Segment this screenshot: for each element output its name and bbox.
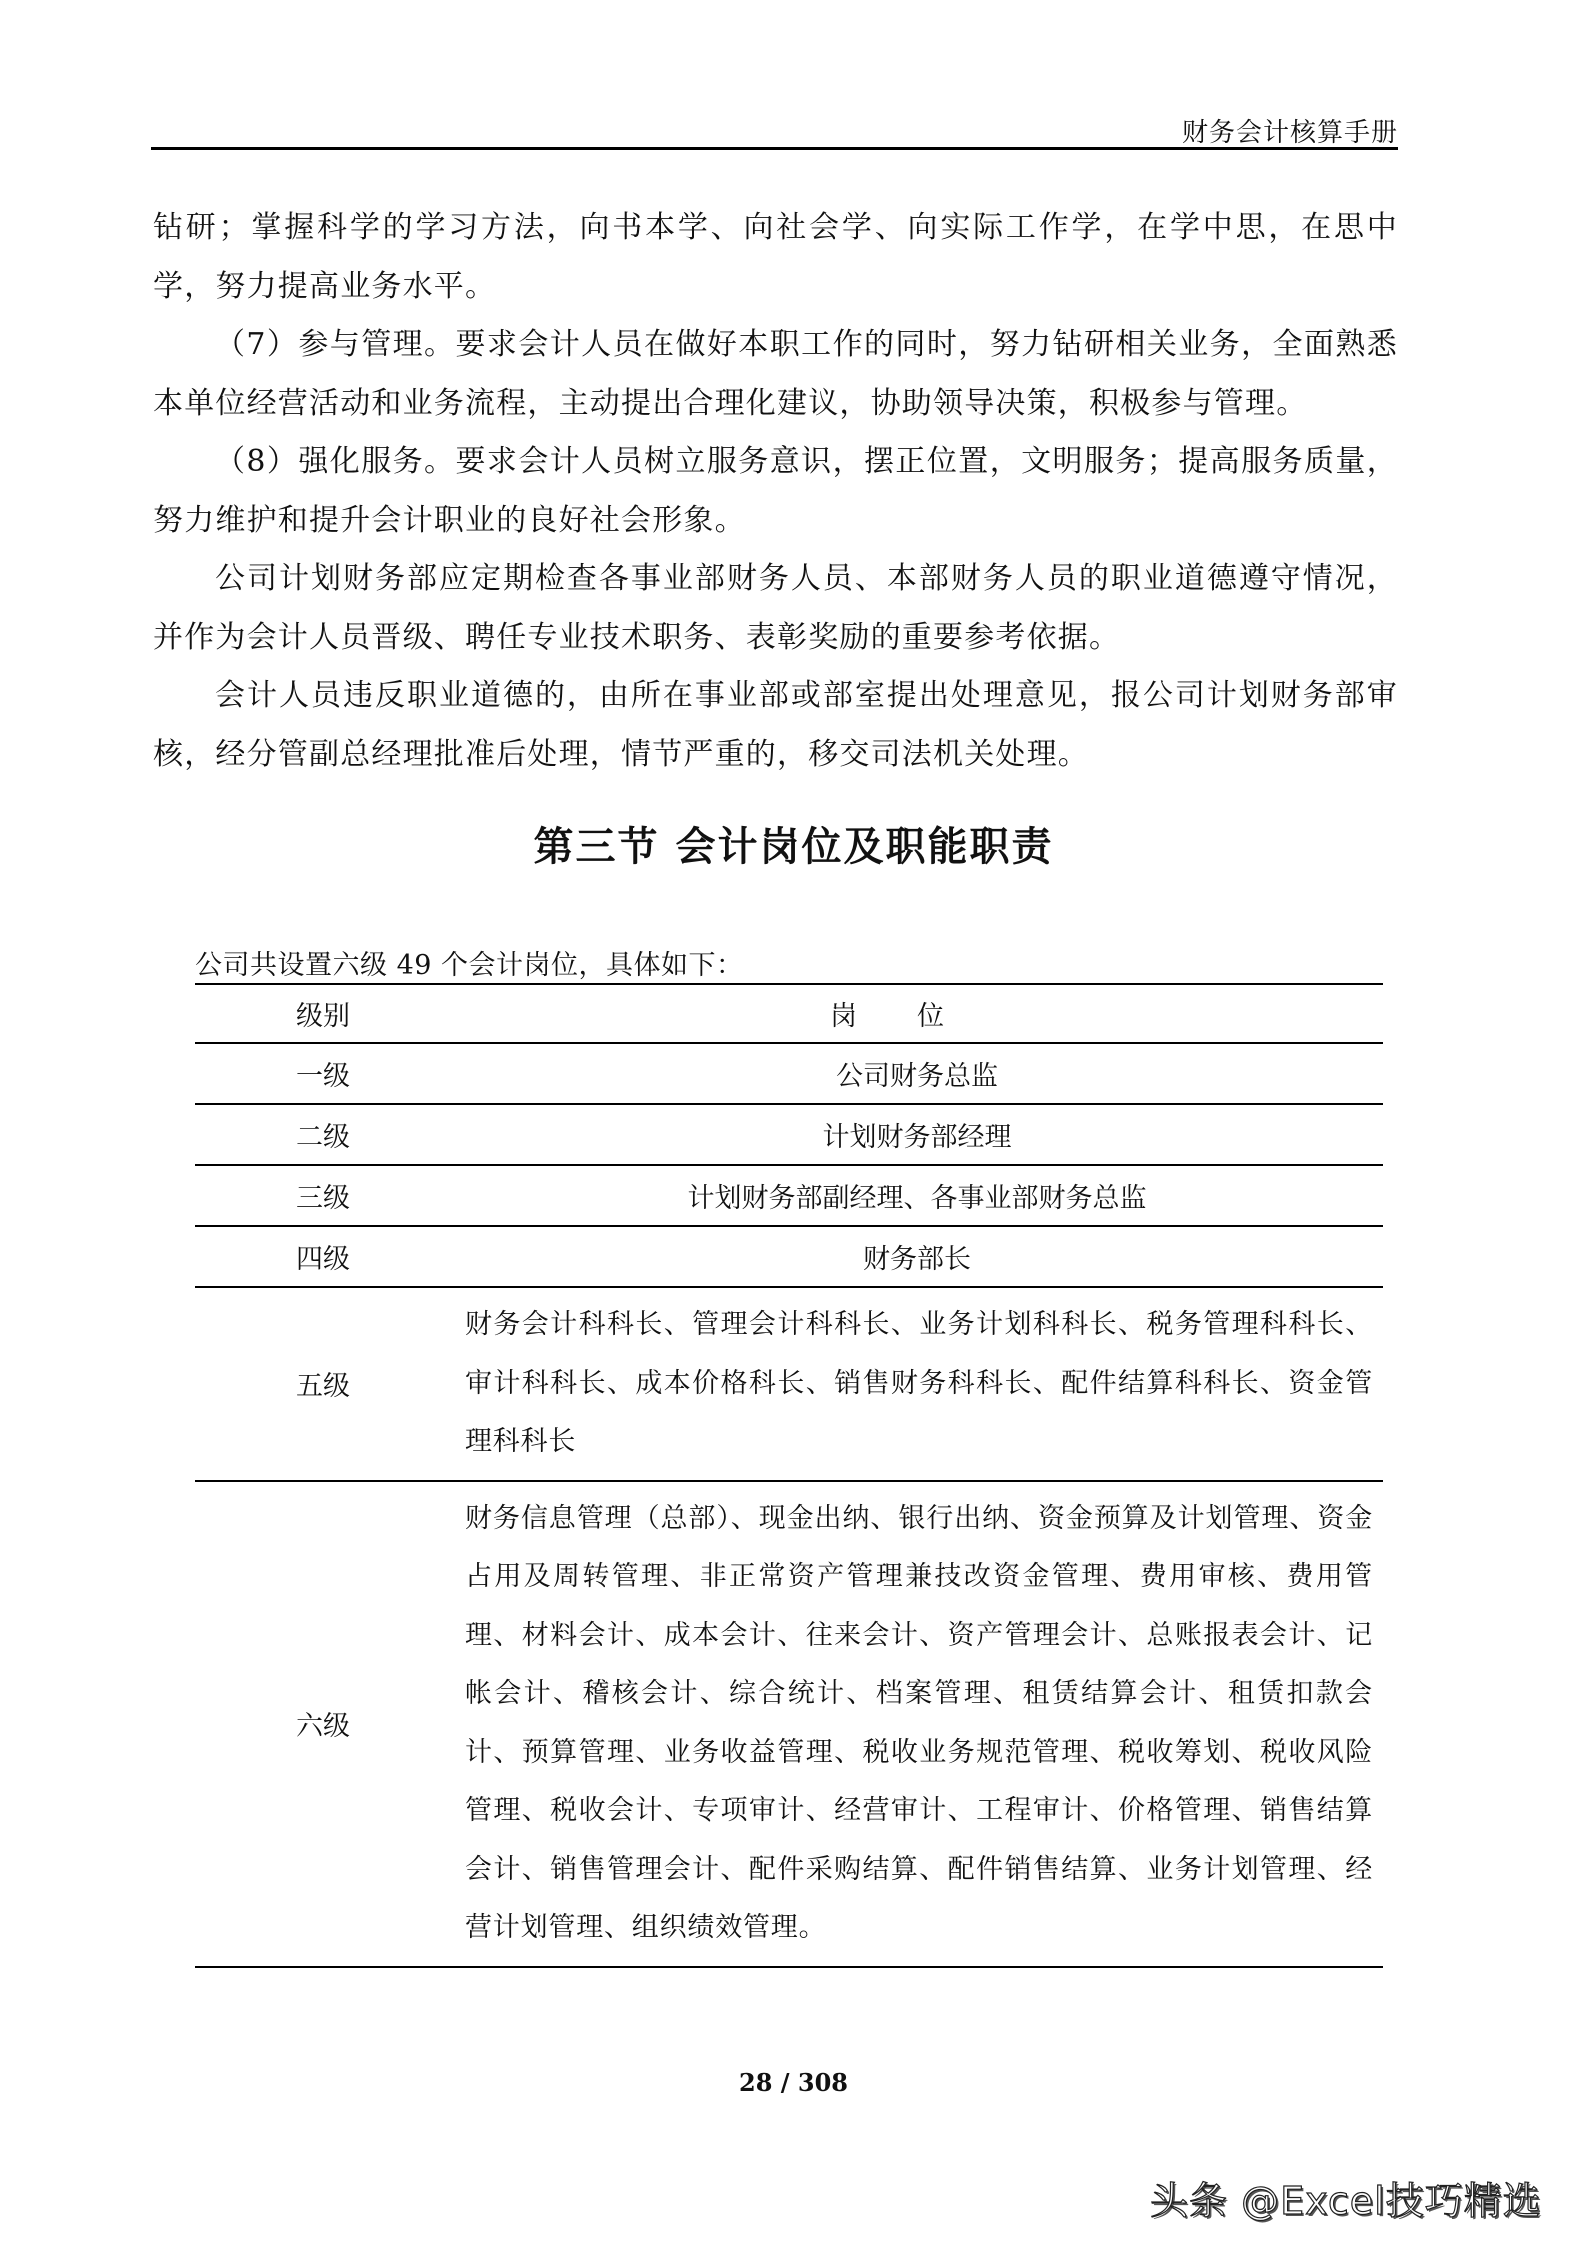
level-cell: 六级 xyxy=(195,1481,451,1967)
table-row: 四级 财务部长 xyxy=(195,1226,1383,1287)
paragraph-item-7: （7）参与管理。要求会计人员在做好本职工作的同时，努力钻研相关业务，全面熟悉本单… xyxy=(153,316,1398,433)
body-text: 钻研；掌握科学的学习方法，向书本学、向社会学、向实际工作学，在学中思，在思中学，… xyxy=(153,199,1398,784)
paragraph-violation: 会计人员违反职业道德的，由所在事业部或部室提出处理意见，报公司计划财务部审核，经… xyxy=(153,667,1398,784)
table-row: 五级 财务会计科科长、管理会计科科长、业务计划科科长、税务管理科科长、审计科科长… xyxy=(195,1287,1383,1481)
section-title: 第三节 会计岗位及职能职责 xyxy=(0,815,1587,872)
header-rule xyxy=(151,147,1398,150)
level-cell: 一级 xyxy=(195,1043,451,1104)
running-header-title: 财务会计核算手册 xyxy=(1182,112,1398,149)
paragraph-continued: 钻研；掌握科学的学习方法，向书本学、向社会学、向实际工作学，在学中思，在思中学，… xyxy=(153,199,1398,316)
post-cell: 财务信息管理（总部）、现金出纳、银行出纳、资金预算及计划管理、资金占用及周转管理… xyxy=(451,1481,1383,1967)
level-cell: 四级 xyxy=(195,1226,451,1287)
post-cell: 财务会计科科长、管理会计科科长、业务计划科科长、税务管理科科长、审计科科长、成本… xyxy=(451,1287,1383,1481)
level-cell: 二级 xyxy=(195,1104,451,1165)
paragraph-item-8: （8）强化服务。要求会计人员树立服务意识，摆正位置，文明服务；提高服务质量，努力… xyxy=(153,433,1398,550)
table-row: 一级 公司财务总监 xyxy=(195,1043,1383,1104)
table-header-row: 级别 岗位 xyxy=(195,984,1383,1043)
table-intro: 公司共设置六级 49 个会计岗位，具体如下： xyxy=(195,943,744,982)
level-cell: 三级 xyxy=(195,1165,451,1226)
post-cell: 计划财务部副经理、各事业部财务总监 xyxy=(451,1165,1383,1226)
header-level: 级别 xyxy=(195,984,451,1043)
table-row: 二级 计划财务部经理 xyxy=(195,1104,1383,1165)
table-row: 六级 财务信息管理（总部）、现金出纳、银行出纳、资金预算及计划管理、资金占用及周… xyxy=(195,1481,1383,1967)
watermark: 头条 @Excel技巧精选 xyxy=(1150,2170,1542,2225)
positions-table: 级别 岗位 一级 公司财务总监 二级 计划财务部经理 三级 计划财务部副经理、各… xyxy=(195,983,1383,1968)
post-cell: 公司财务总监 xyxy=(451,1043,1383,1104)
table-row: 三级 计划财务部副经理、各事业部财务总监 xyxy=(195,1165,1383,1226)
header-post-label: 岗位 xyxy=(830,1001,1004,1032)
post-cell: 计划财务部经理 xyxy=(451,1104,1383,1165)
header-post: 岗位 xyxy=(451,984,1383,1043)
post-cell: 财务部长 xyxy=(451,1226,1383,1287)
paragraph-inspection: 公司计划财务部应定期检查各事业部财务人员、本部财务人员的职业道德遵守情况，并作为… xyxy=(153,550,1398,667)
level-cell: 五级 xyxy=(195,1287,451,1481)
page-number: 28 / 308 xyxy=(0,2068,1587,2097)
